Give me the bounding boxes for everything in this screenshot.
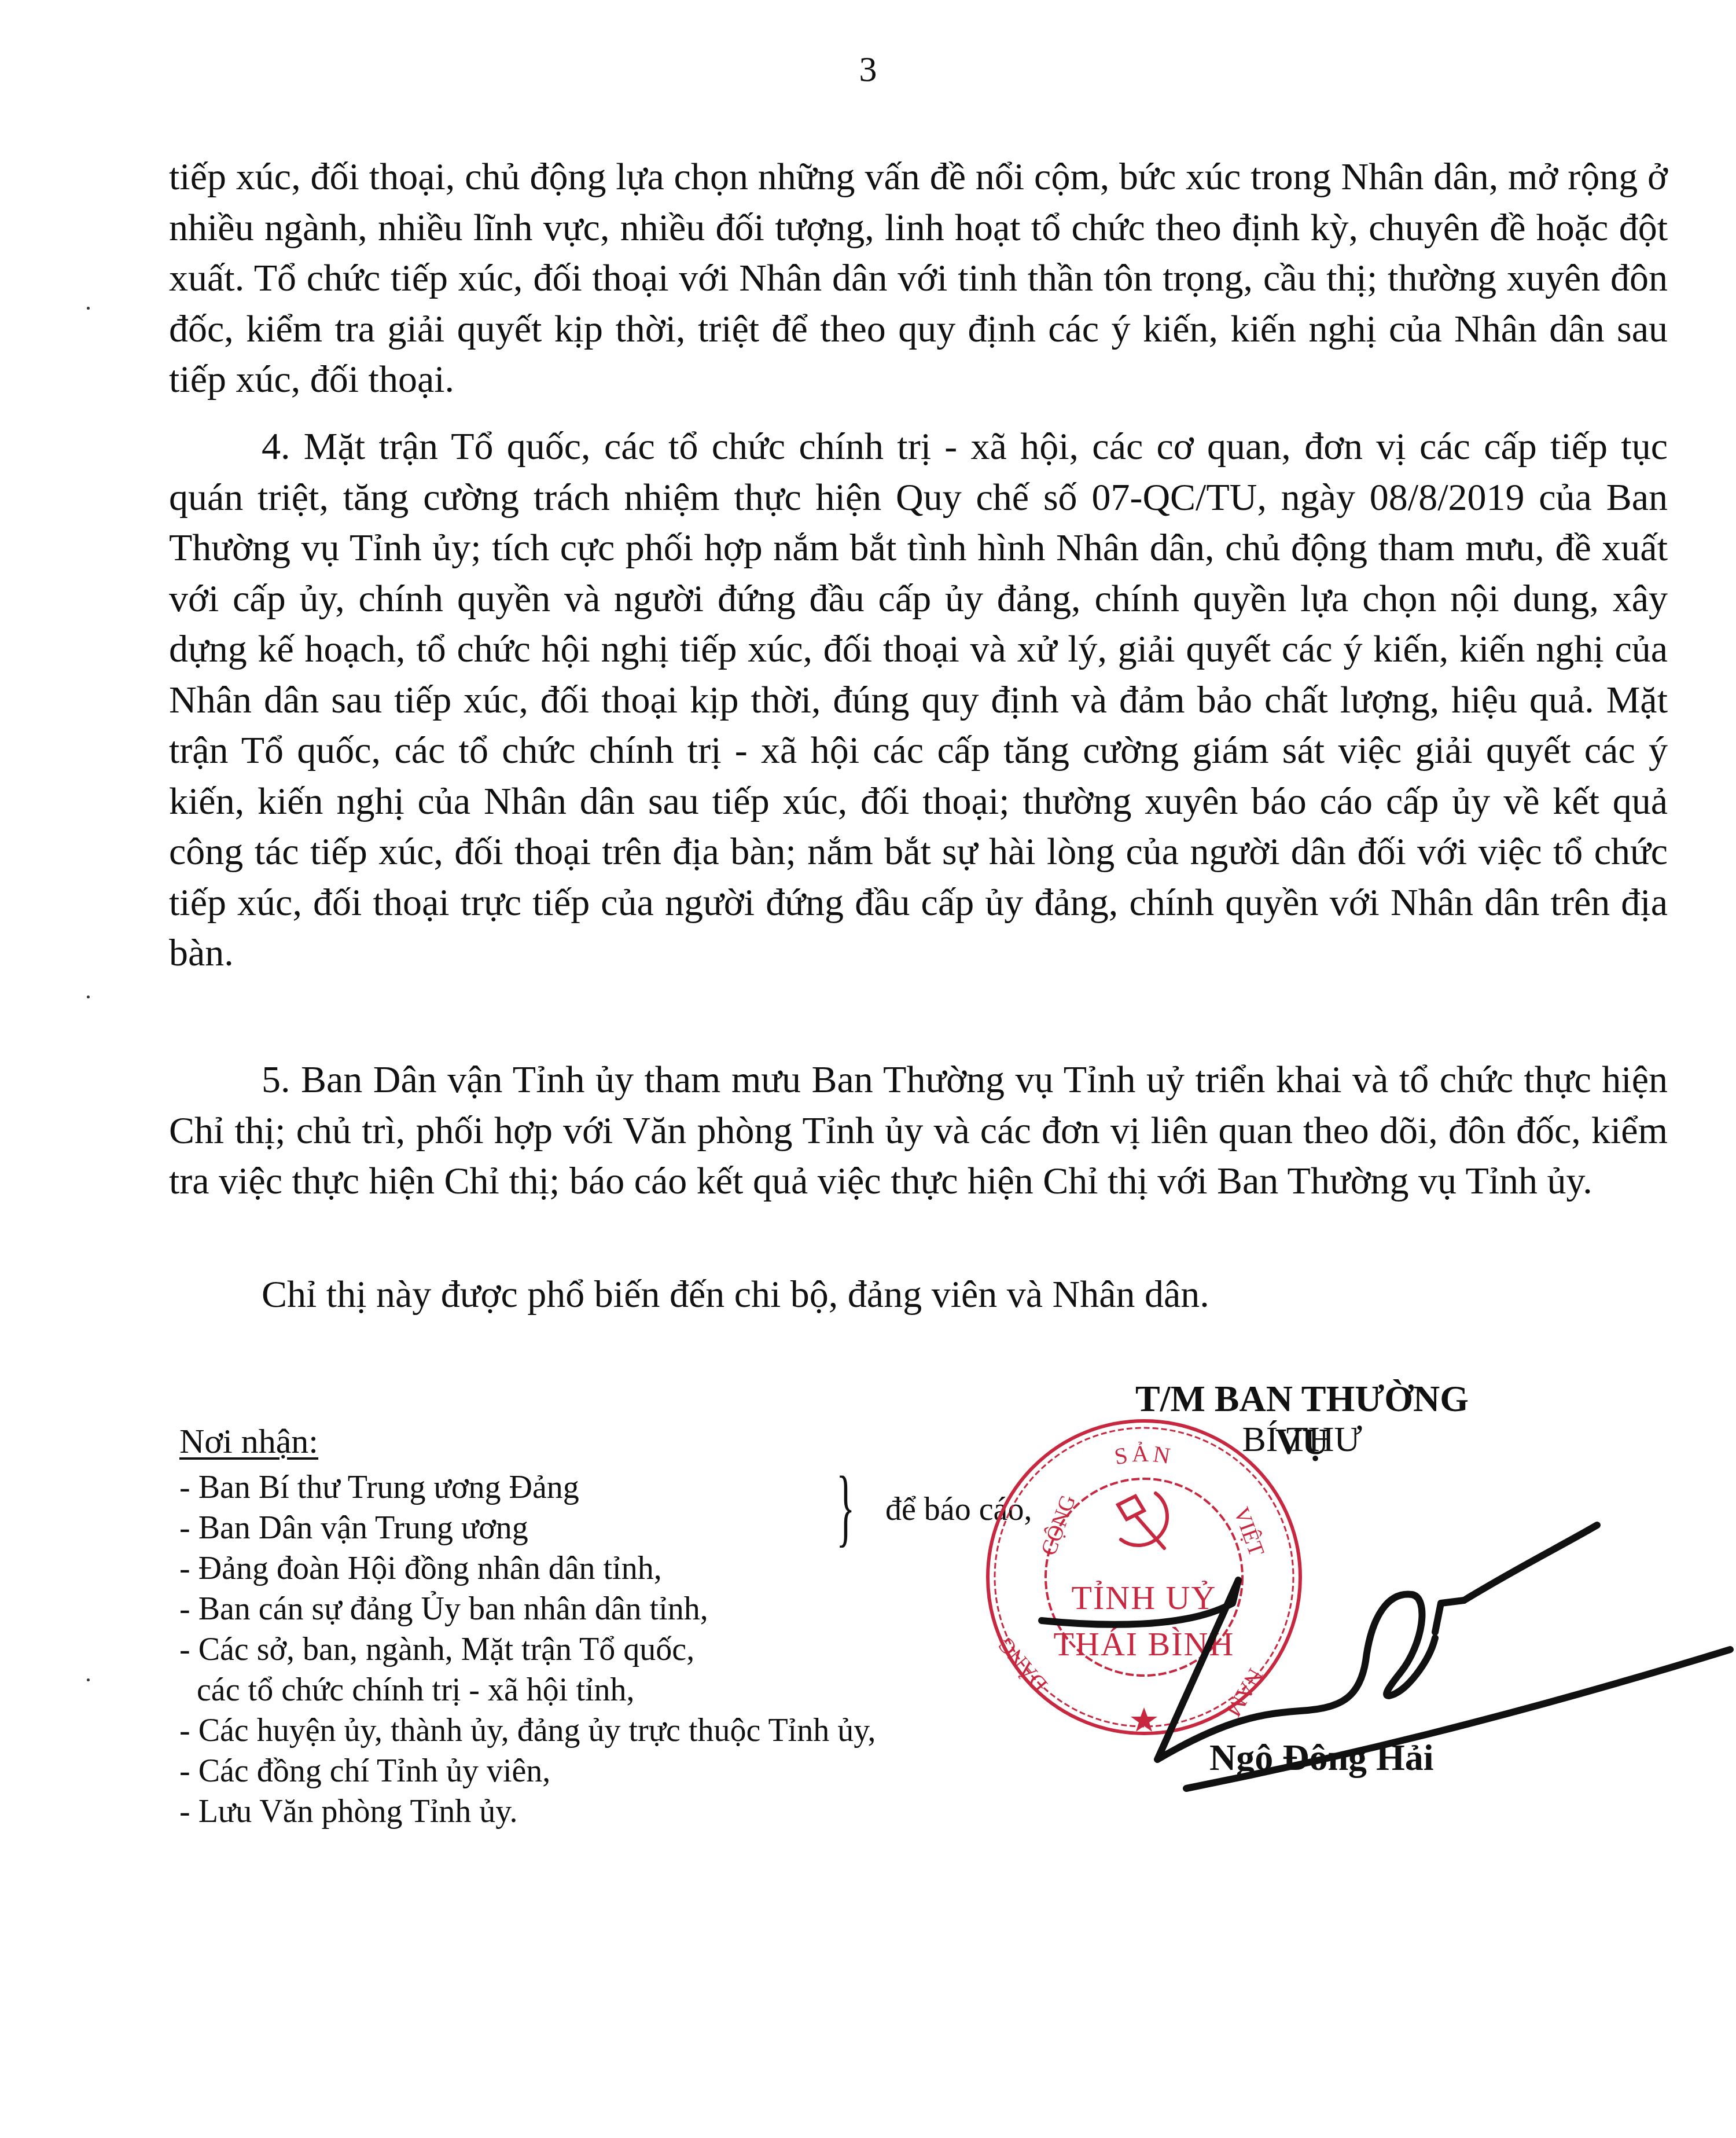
svg-text:NAM: NAM <box>1221 1665 1268 1721</box>
recipient-item: - Lưu Văn phòng Tỉnh ủy. <box>179 1791 1105 1832</box>
star-icon <box>1131 1707 1157 1732</box>
svg-text:THÁI BÌNH: THÁI BÌNH <box>1054 1625 1235 1663</box>
hammer-sickle-icon <box>1118 1493 1167 1548</box>
recipient-item: - Đảng đoàn Hội đồng nhân dân tỉnh, <box>179 1548 1105 1589</box>
brace-symbol: } <box>836 1470 855 1545</box>
body-paragraph-item-4: 4. Mặt trận Tổ quốc, các tổ chức chính t… <box>169 421 1668 979</box>
body-paragraph-item-5: 5. Ban Dân vận Tỉnh ủy tham mưu Ban Thườ… <box>169 1055 1668 1207</box>
svg-text:ĐẢNG: ĐẢNG <box>992 1632 1053 1697</box>
recipient-group-report: - Ban Bí thư Trung ương Đảng - Ban Dân v… <box>179 1467 1105 1548</box>
recipient-item: - Các sở, ban, ngành, Mặt trận Tổ quốc, <box>179 1629 1105 1670</box>
recipient-item: - Ban cán sự đảng Ủy ban nhân dân tỉnh, <box>179 1589 1105 1629</box>
paragraph-text: 5. Ban Dân vận Tỉnh ủy tham mưu Ban Thườ… <box>169 1055 1668 1207</box>
svg-text:VIỆT: VIỆT <box>1229 1504 1269 1560</box>
signatory-name: Ngô Đông Hải <box>1209 1736 1434 1779</box>
paragraph-text: 4. Mặt trận Tổ quốc, các tổ chức chính t… <box>169 421 1668 979</box>
recipient-item: - Các huyện ủy, thành ủy, đảng ủy trực t… <box>179 1710 1105 1751</box>
body-paragraph-continuation: tiếp xúc, đối thoại, chủ động lựa chọn n… <box>169 152 1668 405</box>
page-number: 3 <box>0 49 1736 90</box>
scan-artifact <box>87 1678 90 1681</box>
signatory-role: BÍ THƯ <box>1111 1418 1493 1461</box>
recipient-item: - Các đồng chí Tỉnh ủy viên, <box>179 1751 1105 1791</box>
svg-text:CỘNG: CỘNG <box>1036 1492 1080 1559</box>
recipients-title: Nơi nhận: <box>179 1421 318 1461</box>
scan-artifact <box>87 307 90 310</box>
recipient-item-continuation: các tổ chức chính trị - xã hội tỉnh, <box>179 1670 1105 1710</box>
paragraph-text: tiếp xúc, đối thoại, chủ động lựa chọn n… <box>169 152 1668 405</box>
signature-block: SẢN CỘNG VIỆT ĐẢNG NAM TỈNH UỶ THÁI BÌNH… <box>984 1372 1736 1835</box>
paragraph-text: Chỉ thị này được phổ biến đến chi bộ, đả… <box>169 1269 1668 1320</box>
scan-artifact <box>87 995 90 998</box>
svg-text:TỈNH UỶ: TỈNH UỶ <box>1072 1579 1217 1617</box>
body-paragraph-closing: Chỉ thị này được phổ biến đến chi bộ, đả… <box>169 1269 1668 1320</box>
recipients-block: Nơi nhận: - Ban Bí thư Trung ương Đảng -… <box>179 1421 1105 1832</box>
